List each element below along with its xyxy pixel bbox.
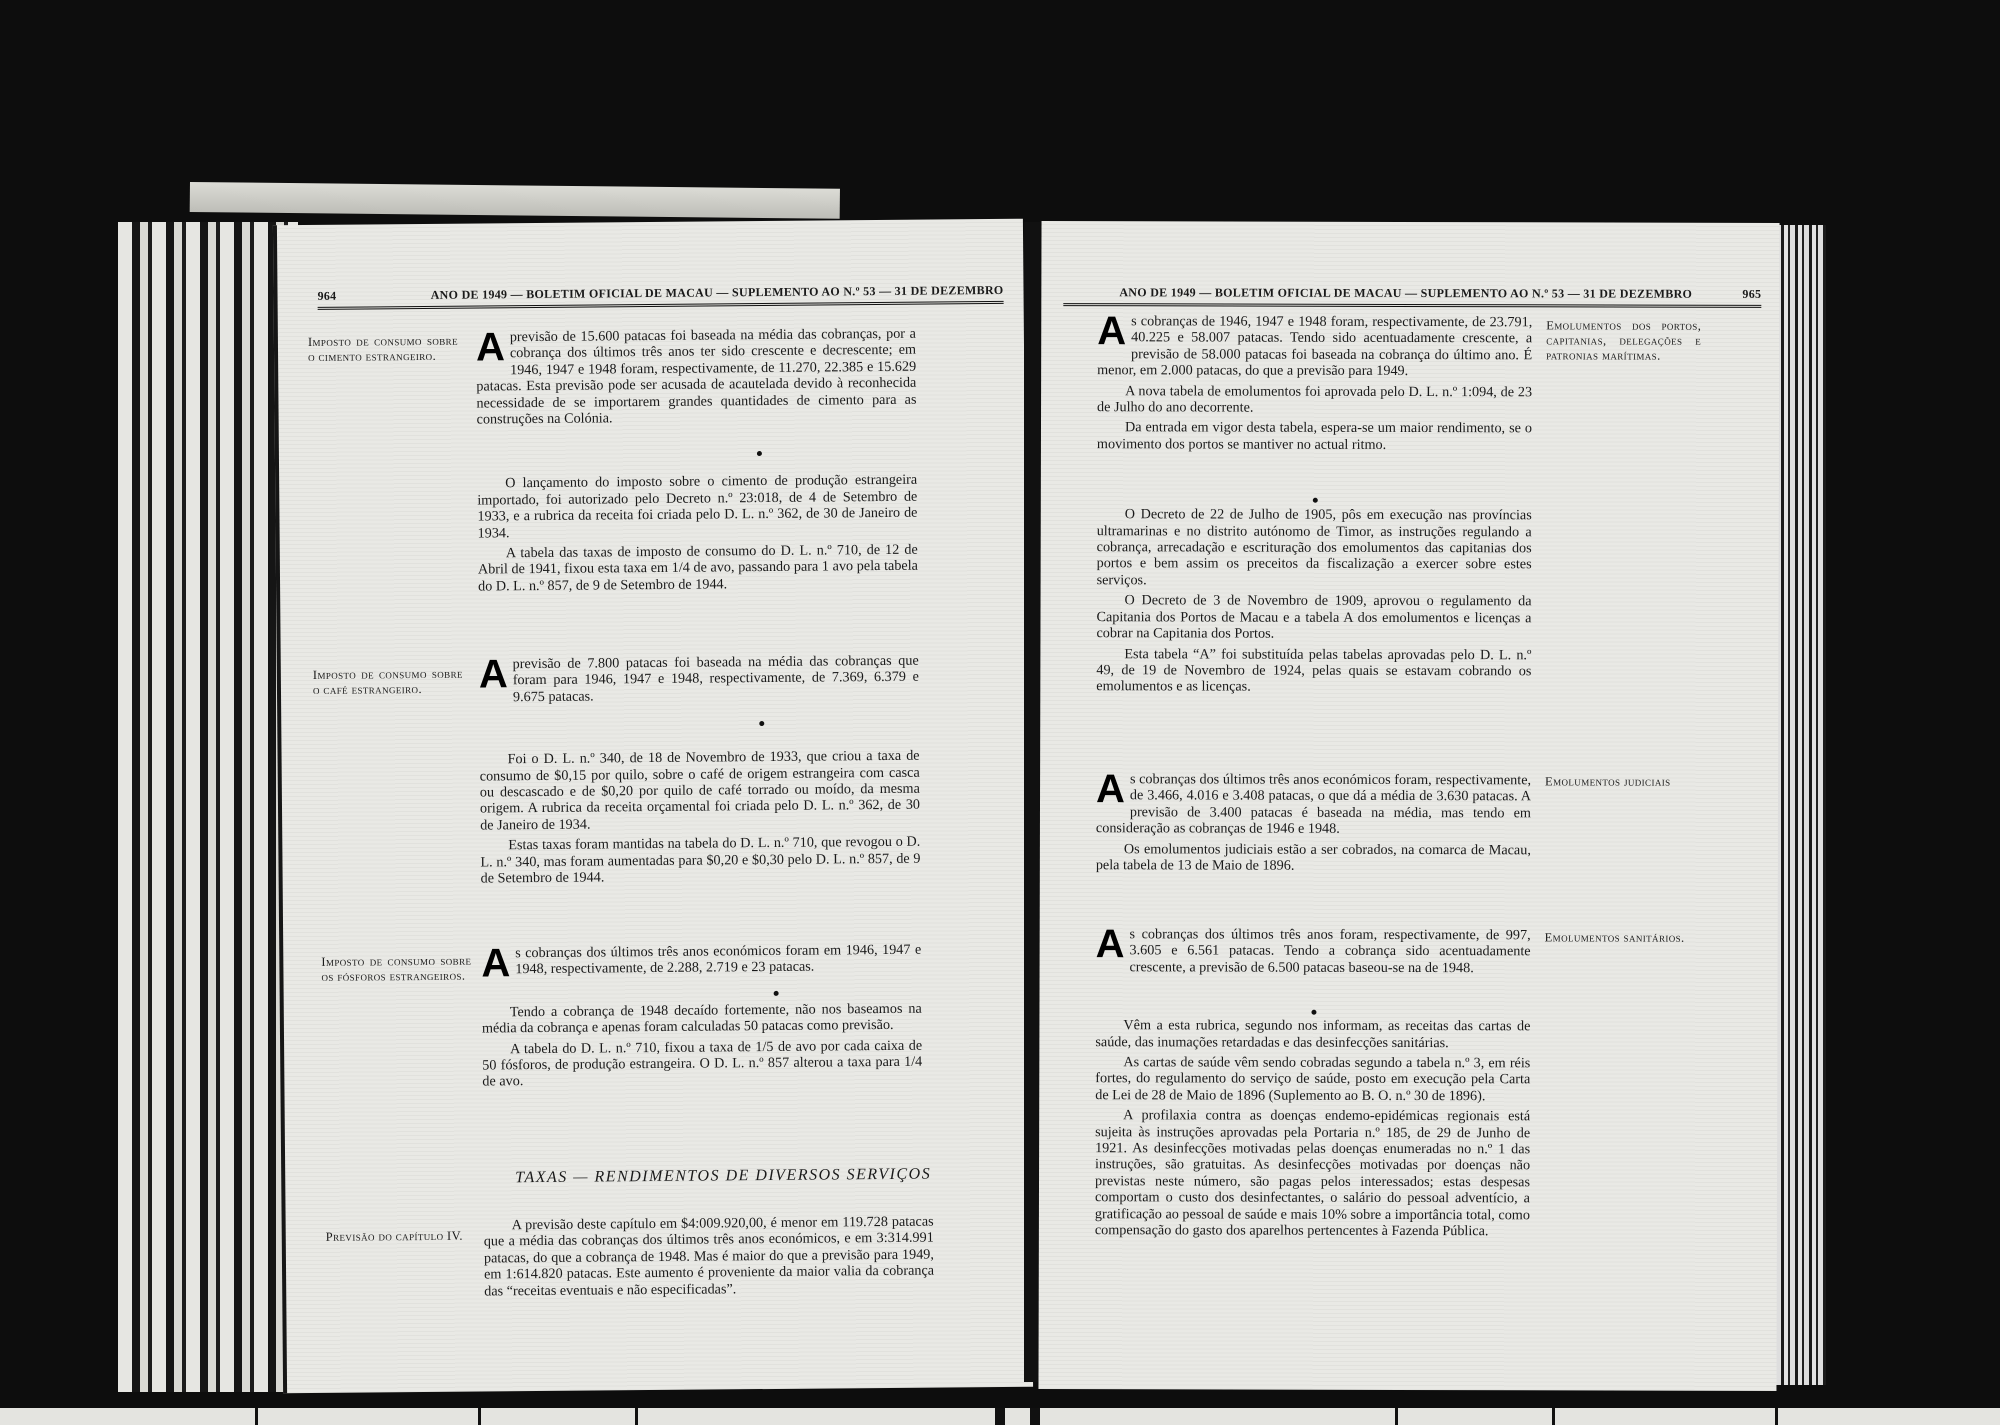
- section-bullet: [1313, 498, 1318, 503]
- paragraph: As cartas de saúde vêm sendo cobradas se…: [1095, 1054, 1530, 1104]
- left-page-number: 964: [317, 289, 336, 304]
- paragraph: A profilaxia contra as doenças endemo-ep…: [1095, 1107, 1530, 1239]
- margin-note-matches: Imposto de consumo sobre os fósforos est…: [321, 954, 471, 985]
- margin-note-chapter-iv: Previsão do capítulo IV.: [326, 1229, 476, 1245]
- section-bullet: [774, 991, 779, 996]
- section-port-emoluments: As cobranças de 1946, 1947 e 1948 foram,…: [1096, 313, 1532, 700]
- right-page-header: ANO DE 1949 — BOLETIM OFICIAL DE MACAU —…: [1063, 285, 1761, 308]
- paragraph: Os emolumentos judiciais estão a ser cob…: [1096, 841, 1531, 875]
- section-bullet: [1311, 1010, 1316, 1015]
- right-page-number: 965: [1742, 287, 1761, 302]
- book-gutter: [1024, 222, 1040, 1382]
- chapter-title: TAXAS — RENDIMENTOS DE DIVERSOS SERVIÇOS: [515, 1166, 931, 1188]
- right-page-running-head: ANO DE 1949 — BOLETIM OFICIAL DE MACAU —…: [1119, 285, 1692, 301]
- page-stack-top-edge: [190, 182, 840, 219]
- margin-note-judicial-emoluments: Emolumentos judiciais: [1545, 774, 1715, 789]
- paragraph: Esta tabela “A” foi substituída pelas ta…: [1096, 646, 1531, 696]
- left-page: 964 ANO DE 1949 — BOLETIM OFICIAL DE MAC…: [273, 219, 1033, 1394]
- margin-note-coffee: Imposto de consumo sobre o café estrange…: [313, 667, 463, 698]
- section-coffee: A previsão de 7.800 patacas foi baseada …: [479, 653, 921, 891]
- paragraph: A previsão de 15.600 patacas foi baseada…: [476, 326, 917, 428]
- section-matches: As cobranças dos últimos três anos econó…: [481, 942, 922, 1095]
- margin-note-sanitary-emoluments: Emolumentos sanitários.: [1545, 930, 1700, 945]
- page-stack-left-edge: [118, 222, 298, 1392]
- left-page-running-head: ANO DE 1949 — BOLETIM OFICIAL DE MACAU —…: [431, 283, 1004, 303]
- drop-cap: A: [476, 331, 505, 363]
- drop-cap: A: [479, 658, 508, 690]
- page-stack-right-edge: [1776, 225, 1826, 1385]
- paragraph: A previsão deste capítulo em $4:009.920,…: [484, 1214, 935, 1300]
- margin-note-cement: Imposto de consumo sobre o cimento estra…: [308, 334, 458, 365]
- right-page: ANO DE 1949 — BOLETIM OFICIAL DE MACAU —…: [1038, 221, 1779, 1391]
- drop-cap: A: [1096, 773, 1125, 805]
- paragraph: A previsão de 7.800 patacas foi baseada …: [479, 653, 919, 706]
- paragraph: O Decreto de 3 de Novembro de 1909, apro…: [1096, 592, 1531, 642]
- section-cement: A previsão de 15.600 patacas foi baseada…: [476, 326, 918, 599]
- paragraph: Tendo a cobrança de 1948 decaído forteme…: [482, 1000, 922, 1037]
- paragraph: As cobranças de 1946, 1947 e 1948 foram,…: [1097, 313, 1532, 380]
- section-bullet: [757, 451, 762, 456]
- section-sanitary-emoluments: As cobranças dos últimos três anos foram…: [1095, 926, 1531, 1244]
- left-page-header: 964 ANO DE 1949 — BOLETIM OFICIAL DE MAC…: [317, 283, 1003, 310]
- paragraph: As cobranças dos últimos três anos econó…: [1096, 771, 1531, 838]
- section-bullet: [759, 721, 764, 726]
- paragraph: Vêm a esta rubrica, segundo nos informam…: [1095, 1017, 1530, 1051]
- paragraph: As cobranças dos últimos três anos econó…: [481, 942, 921, 979]
- drop-cap: A: [1097, 315, 1126, 347]
- drop-cap: A: [1096, 928, 1125, 960]
- paragraph: Da entrada em vigor desta tabela, espera…: [1097, 420, 1532, 454]
- margin-note-port-emoluments: Emolumentos dos portos, capitanias, dele…: [1546, 318, 1701, 363]
- paragraph: As cobranças dos últimos três anos foram…: [1096, 926, 1531, 976]
- paragraph: A nova tabela de emolumentos foi aprovad…: [1097, 383, 1532, 417]
- drop-cap: A: [481, 947, 510, 979]
- section-chapter-iv: A previsão deste capítulo em $4:009.920,…: [484, 1214, 935, 1304]
- paragraph: O Decreto de 22 de Julho de 1905, pôs em…: [1097, 506, 1532, 589]
- paragraph: O lançamento do imposto sobre o cimento …: [477, 472, 918, 541]
- paragraph: A tabela das taxas de imposto de consumo…: [478, 542, 918, 595]
- paragraph: A tabela do D. L. n.º 710, fixou a taxa …: [482, 1037, 922, 1090]
- paragraph: Foi o D. L. n.º 340, de 18 de Novembro d…: [480, 748, 921, 834]
- section-judicial-emoluments: As cobranças dos últimos três anos econó…: [1096, 771, 1531, 879]
- paragraph: Estas taxas foram mantidas na tabela do …: [480, 834, 920, 887]
- scanner-bottom-strip: [0, 1408, 2000, 1425]
